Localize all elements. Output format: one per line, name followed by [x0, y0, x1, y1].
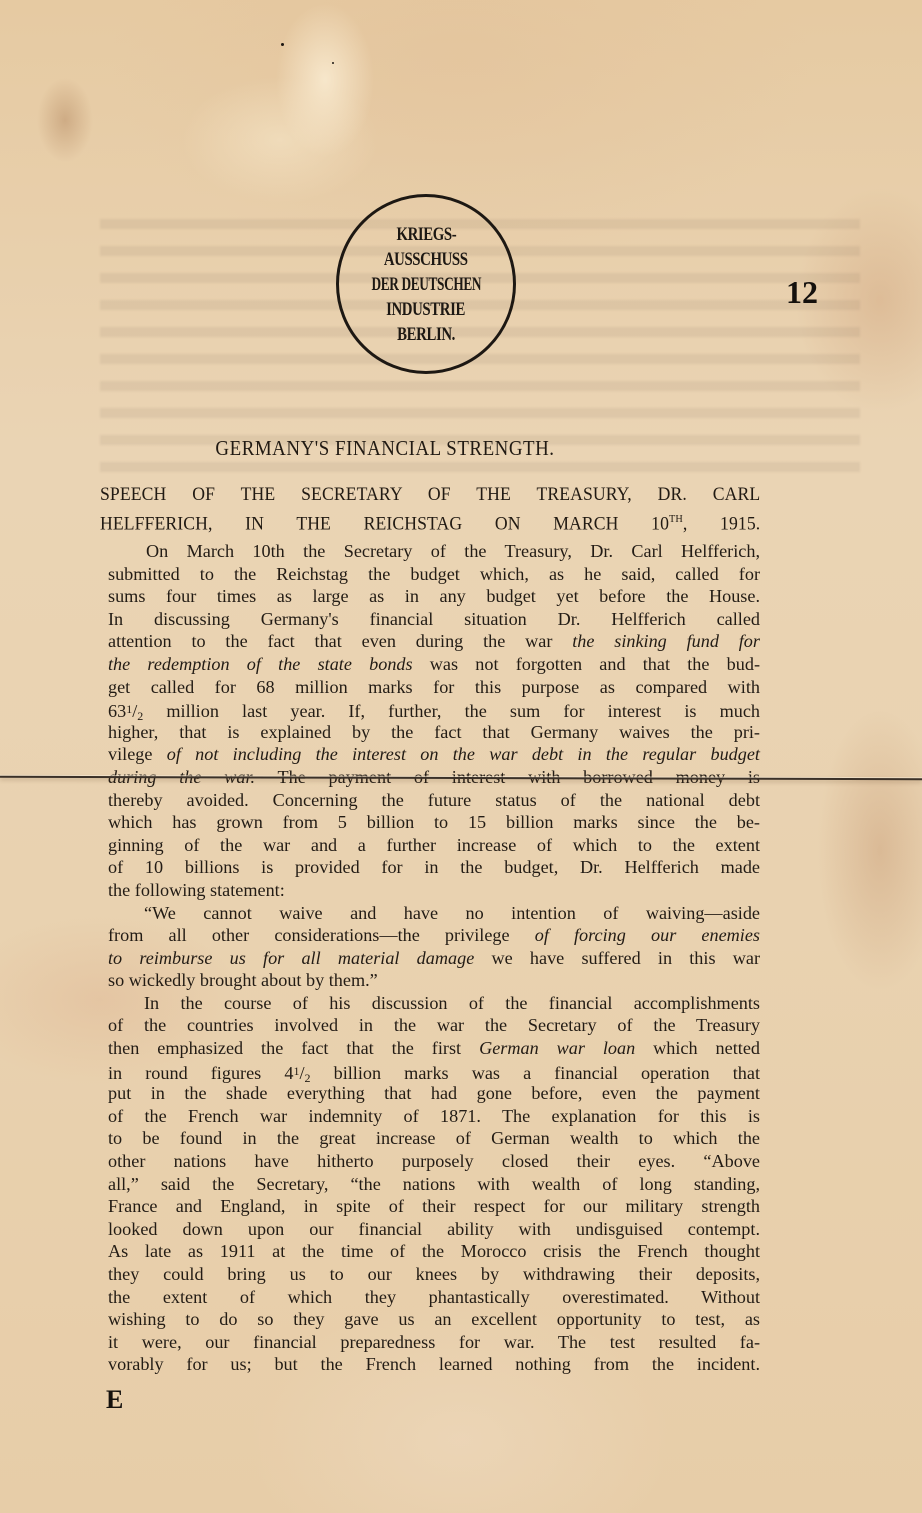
- kriegsausschuss-stamp: KRIEGS- AUSSCHUSS DER DEUTSCHEN INDUSTRI…: [336, 194, 516, 374]
- text-run: from all other considerations—the privil…: [108, 925, 535, 945]
- number: 63: [108, 701, 126, 721]
- fraction-numerator: 1: [126, 702, 132, 716]
- text-line: the redemption of the state bonds was no…: [108, 653, 760, 676]
- text-run: billion marks was a financial operation …: [311, 1063, 761, 1083]
- text-run: then emphasized the fact that the first: [108, 1038, 479, 1058]
- sheet-number: 12: [786, 274, 818, 311]
- text-line: ginning of the war and a further increas…: [108, 834, 760, 857]
- text-line: get called for 68 million marks for this…: [108, 676, 760, 699]
- italic-emphasis: to reimburse us for all material damage: [108, 948, 474, 968]
- subtitle-text: , 1915.: [683, 513, 760, 534]
- text-line: it were, our financial preparedness for …: [108, 1331, 760, 1354]
- text-run: million last year. If, further, the sum …: [143, 701, 760, 721]
- text-line: to be found in the great increase of Ger…: [108, 1127, 760, 1150]
- text-line: in round figures 41/2 billion marks was …: [108, 1060, 760, 1083]
- quote-line: from all other considerations—the privil…: [108, 924, 760, 947]
- text-run: we have suffered in this war: [474, 948, 760, 968]
- text-line: of the French war indemnity of 1871. The…: [108, 1105, 760, 1128]
- signature-mark: E: [106, 1385, 123, 1415]
- italic-emphasis: the redemption of the state bonds: [108, 654, 413, 674]
- text-line: they could bring us to our knees by with…: [108, 1263, 760, 1286]
- text-line: France and England, in spite of their re…: [108, 1195, 760, 1218]
- text-line: higher, that is explained by the fact th…: [108, 721, 760, 744]
- text-run: attention to the fact that even during t…: [108, 631, 572, 651]
- stamp-line: DER DEUTSCHEN: [371, 272, 481, 297]
- text-line: thereby avoided. Concerning the future s…: [108, 789, 760, 812]
- text-line: attention to the fact that even during t…: [108, 630, 760, 653]
- text-line: vilege of not including the interest on …: [108, 743, 760, 766]
- text-line: sums four times as large as in any budge…: [108, 585, 760, 608]
- text-run: in round figures 4: [108, 1063, 293, 1083]
- text-line: of 10 billions is provided for in the bu…: [108, 856, 760, 879]
- italic-emphasis: German war loan: [479, 1038, 635, 1058]
- text-line: 631/2 million last year. If, further, th…: [108, 698, 760, 721]
- text-line: In the course of his discussion of the f…: [108, 992, 760, 1015]
- text-line: looked down upon our financial ability w…: [108, 1218, 760, 1241]
- text-run: which netted: [635, 1038, 760, 1058]
- quote-line: to reimburse us for all material damage …: [108, 947, 760, 970]
- stamp-line: AUSSCHUSS: [384, 247, 468, 272]
- speech-body: On March 10th the Secretary of the Treas…: [108, 540, 760, 1376]
- stamp-line: BERLIN.: [397, 322, 455, 347]
- text-line: In discussing Germany's financial situat…: [108, 608, 760, 631]
- italic-emphasis: the sinking fund for: [572, 631, 760, 651]
- text-line: the following statement:: [108, 879, 760, 902]
- text-line: which has grown from 5 billion to 15 bil…: [108, 811, 760, 834]
- italic-emphasis: of not including the interest on the war…: [167, 744, 760, 764]
- subtitle-text: HELFFERICH, IN THE REICHSTAG ON MARCH 10: [100, 513, 669, 534]
- fraction-numerator: 1: [293, 1064, 299, 1078]
- text-line: wishing to do so they gave us an excelle…: [108, 1308, 760, 1331]
- ink-speck: [332, 62, 334, 64]
- stamp-line: INDUSTRIE: [387, 297, 466, 322]
- text-line: of the countries involved in the war the…: [108, 1014, 760, 1037]
- text-line: all,” said the Secretary, “the nations w…: [108, 1173, 760, 1196]
- ordinal-superscript: TH: [669, 513, 683, 525]
- text-run: vilege: [108, 744, 167, 764]
- text-line: put in the shade everything that had gon…: [108, 1082, 760, 1105]
- text-line: On March 10th the Secretary of the Treas…: [108, 540, 760, 563]
- subtitle-line-1: SPEECH OF THE SECRETARY OF THE TREASURY,…: [100, 483, 760, 507]
- quote-line: “We cannot waive and have no intention o…: [108, 902, 760, 925]
- text-line: submitted to the Reichstag the budget wh…: [108, 563, 760, 586]
- text-line: then emphasized the fact that the first …: [108, 1037, 760, 1060]
- ink-speck: [281, 43, 284, 46]
- text-line: other nations have hitherto purposely cl…: [108, 1150, 760, 1173]
- text-run: was not forgotten and that the bud-: [413, 654, 760, 674]
- document-subtitle: SPEECH OF THE SECRETARY OF THE TREASURY,…: [100, 483, 760, 536]
- stamp-line: KRIEGS-: [396, 222, 456, 247]
- text-line: the extent of which they phantastically …: [108, 1286, 760, 1309]
- italic-emphasis: of forcing our enemies: [535, 925, 760, 945]
- quote-line: so wickedly brought about by them.”: [108, 969, 760, 992]
- text-line: As late as 1911 at the time of the Moroc…: [108, 1240, 760, 1263]
- subtitle-line-2: HELFFERICH, IN THE REICHSTAG ON MARCH 10…: [100, 507, 760, 536]
- text-line: vorably for us; but the French learned n…: [108, 1353, 760, 1376]
- document-title: GERMANY'S FINANCIAL STRENGTH.: [120, 436, 651, 461]
